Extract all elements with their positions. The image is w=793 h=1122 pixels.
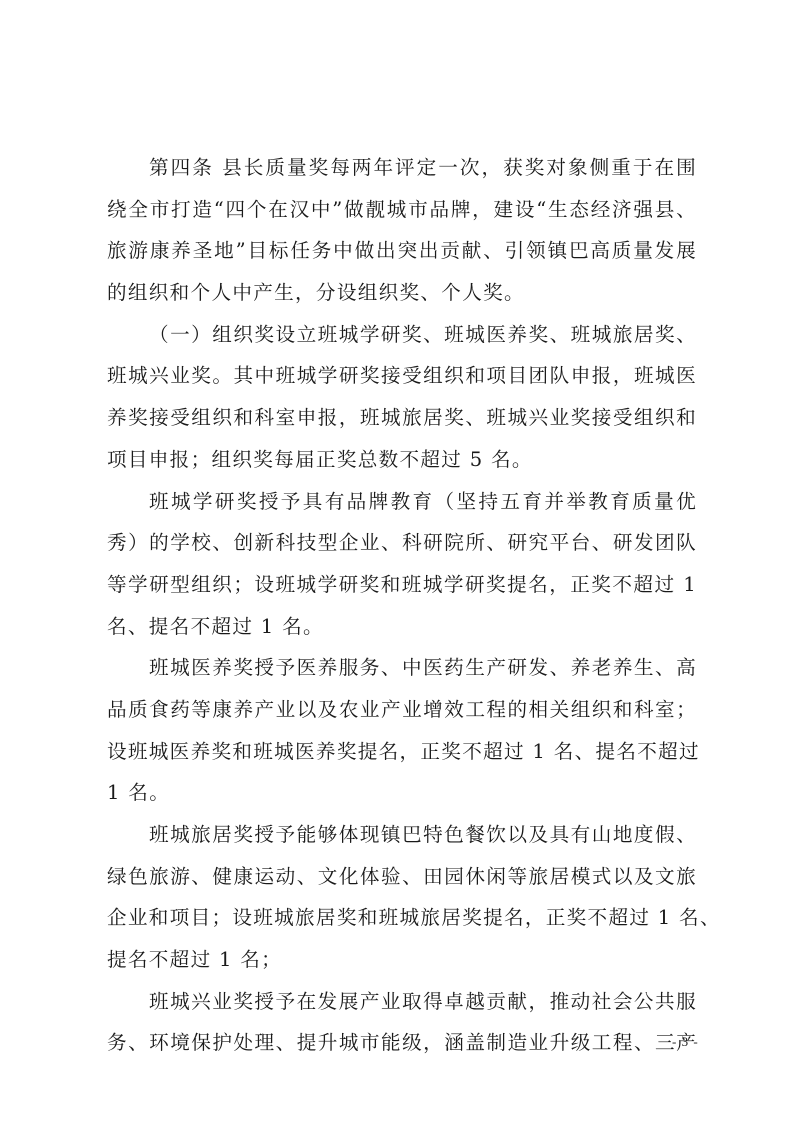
text-line: 绕全市打造“四个在汉中”做靓城市品牌，建设“生态经济强县、 [107,189,697,231]
paragraph-org-award: （一）组织奖设立班城学研奖、班城医养奖、班城旅居奖、 班城兴业奖。其中班城学研奖… [107,314,697,481]
text-line: 项目申报；组织奖每届正奖总数不超过 5 名。 [107,439,697,481]
text-line: 旅游康养圣地”目标任务中做出突出贡献、引领镇巴高质量发展 [107,230,697,272]
text-line: 绿色旅游、健康运动、文化体验、田园休闲等旅居模式以及文旅 [107,856,697,898]
text-line: 品质食药等康养产业以及农业产业增效工程的相关组织和科室； [107,689,697,731]
document-body: 第四条 县长质量奖每两年评定一次，获奖对象侧重于在围 绕全市打造“四个在汉中”做… [107,147,697,1064]
text-line: 养奖接受组织和科室申报，班城旅居奖、班城兴业奖接受组织和 [107,397,697,439]
paragraph-article-4: 第四条 县长质量奖每两年评定一次，获奖对象侧重于在围 绕全市打造“四个在汉中”做… [107,147,697,314]
text-line: 设班城医养奖和班城医养奖提名，正奖不超过 1 名、提名不超过 [107,731,697,773]
paragraph-xueyan-award: 班城学研奖授予具有品牌教育（坚持五育并举教育质量优 秀）的学校、创新科技型企业、… [107,481,697,648]
paragraph-xingye-award: 班城兴业奖授予在发展产业取得卓越贡献，推动社会公共服 务、环境保护处理、提升城市… [107,981,697,1064]
text-line: 务、环境保护处理、提升城市能级，涵盖制造业升级工程、三产 [107,1022,697,1064]
text-line: 班城兴业奖授予在发展产业取得卓越贡献，推动社会公共服 [107,981,697,1023]
text-line: 等学研型组织；设班城学研奖和班城学研奖提名，正奖不超过 1 [107,564,697,606]
text-line: 提名不超过 1 名； [107,939,697,981]
text-line: 的组织和个人中产生，分设组织奖、个人奖。 [107,272,697,314]
text-line: 名、提名不超过 1 名。 [107,606,697,648]
paragraph-yiyang-award: 班城医养奖授予医养服务、中医药生产研发、养老养生、高 品质食药等康养产业以及农业… [107,647,697,814]
text-line: （一）组织奖设立班城学研奖、班城医养奖、班城旅居奖、 [107,314,697,356]
text-line: 班城兴业奖。其中班城学研奖接受组织和项目团队申报，班城医 [107,355,697,397]
text-line: 企业和项目；设班城旅居奖和班城旅居奖提名，正奖不超过 1 名、 [107,897,697,939]
text-line: 秀）的学校、创新科技型企业、科研院所、研究平台、研发团队 [107,522,697,564]
page-number: - 3 - [672,1034,699,1050]
text-line: 1 名。 [107,772,697,814]
text-line: 班城学研奖授予具有品牌教育（坚持五育并举教育质量优 [107,481,697,523]
paragraph-lvju-award: 班城旅居奖授予能够体现镇巴特色餐饮以及具有山地度假、 绿色旅游、健康运动、文化体… [107,814,697,981]
text-line: 班城医养奖授予医养服务、中医药生产研发、养老养生、高 [107,647,697,689]
document-page: 第四条 县长质量奖每两年评定一次，获奖对象侧重于在围 绕全市打造“四个在汉中”做… [0,0,793,1122]
text-line: 第四条 县长质量奖每两年评定一次，获奖对象侧重于在围 [107,147,697,189]
text-line: 班城旅居奖授予能够体现镇巴特色餐饮以及具有山地度假、 [107,814,697,856]
